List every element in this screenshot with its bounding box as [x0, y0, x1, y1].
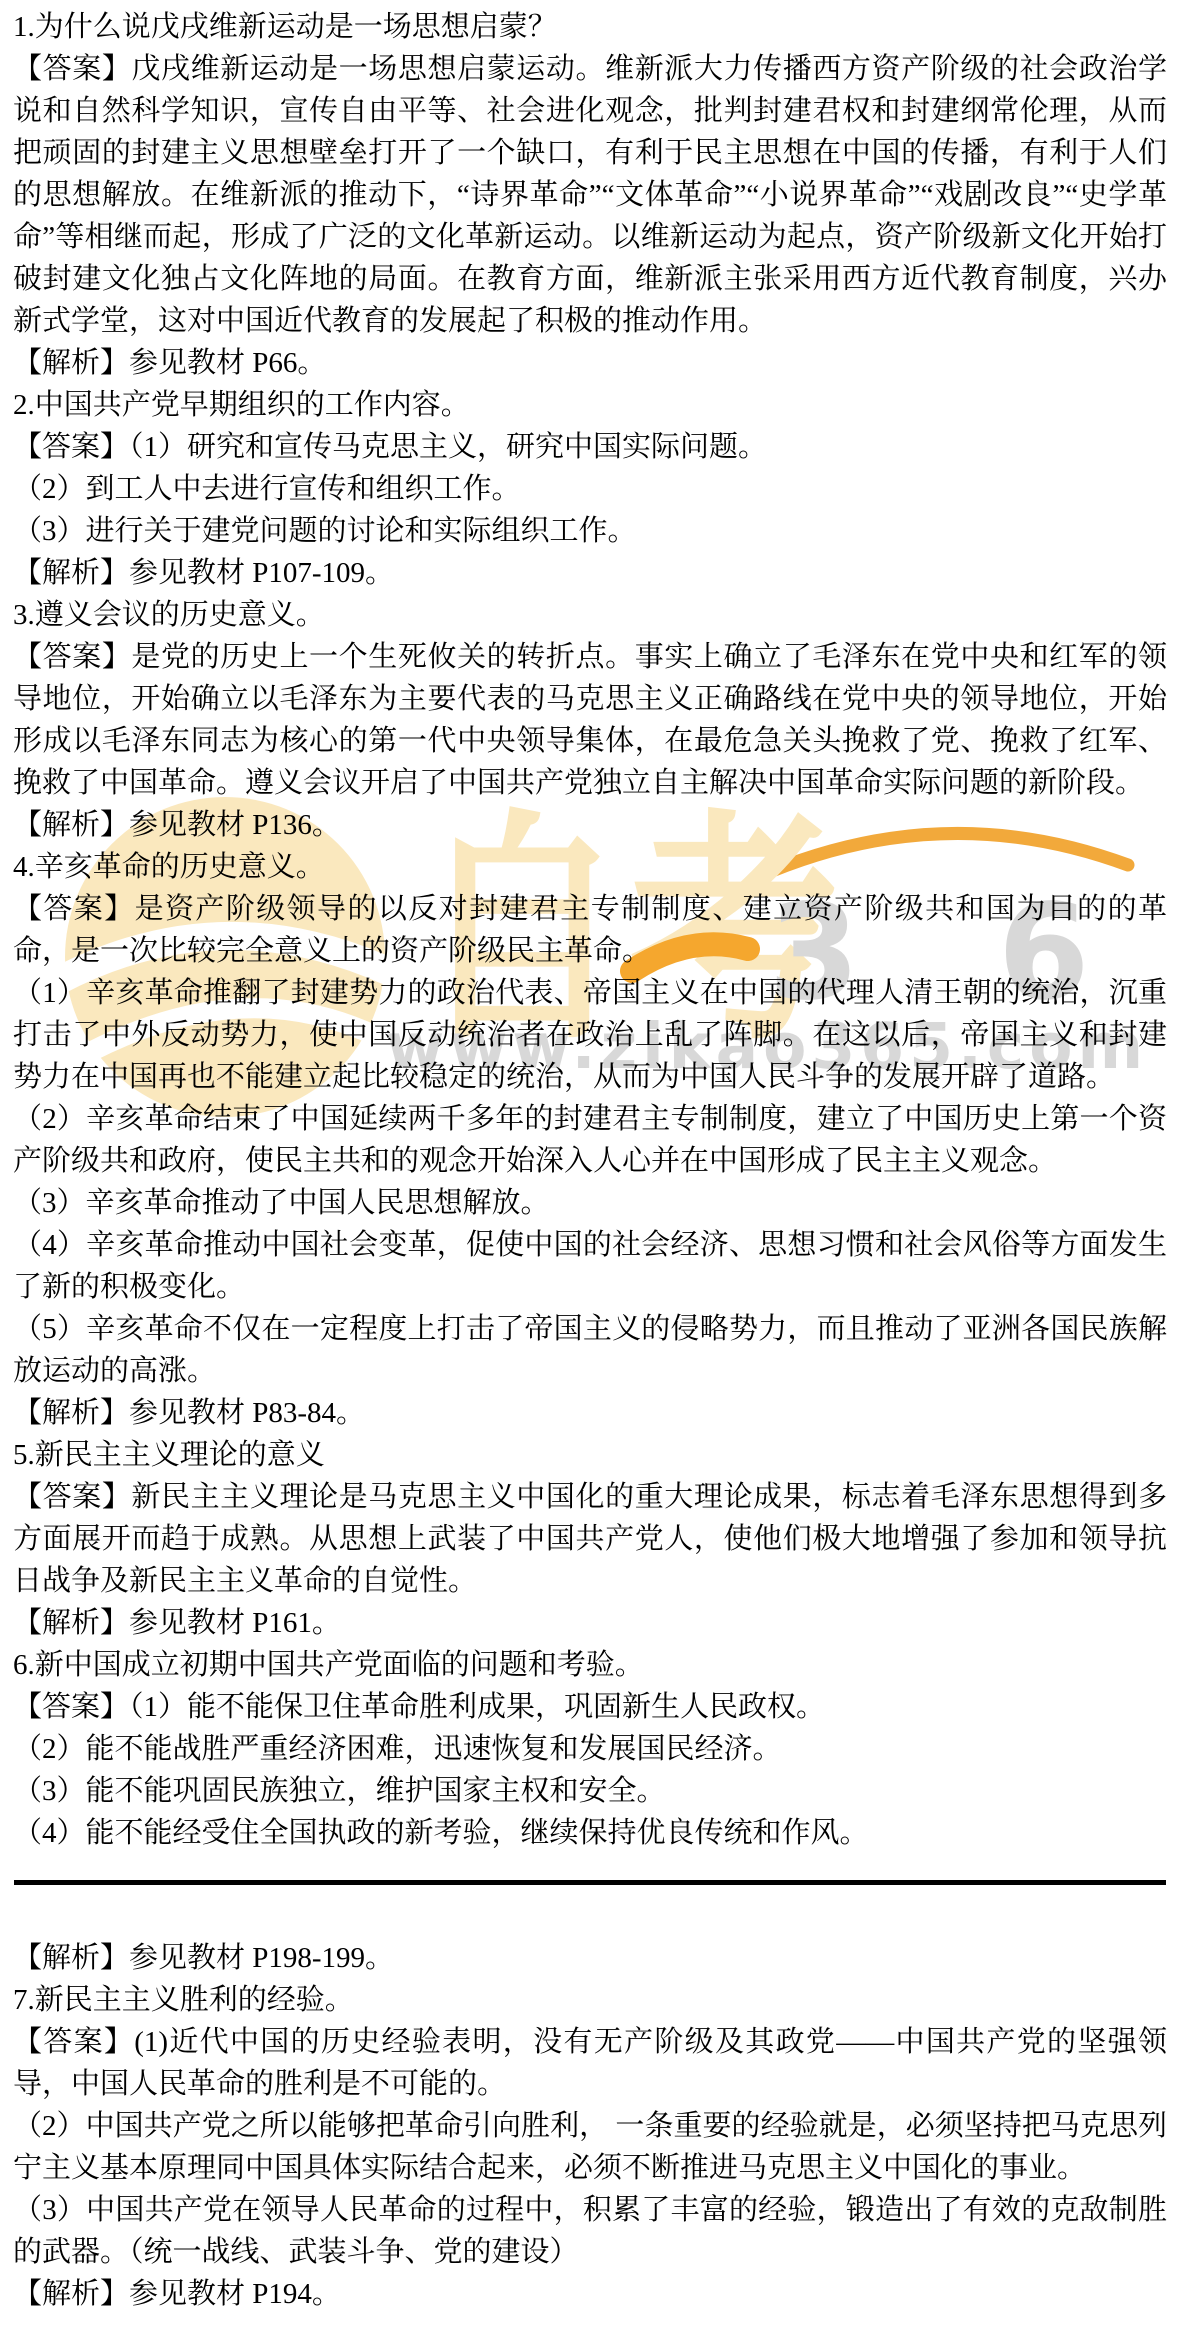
question-title: 7.新民主主义胜利的经验。 — [13, 1979, 1167, 2021]
answer-item: （4）辛亥革命推动中国社会变革，促使中国的社会经济、思想习惯和社会风俗等方面发生… — [13, 1224, 1167, 1308]
answer-item: （2）到工人中去进行宣传和组织工作。 — [13, 468, 1167, 510]
question-title: 6.新中国成立初期中国共产党面临的问题和考验。 — [13, 1644, 1167, 1686]
answer-item: （1）辛亥革命推翻了封建势力的政治代表、帝国主义在中国的代理人清王朝的统治，沉重… — [13, 972, 1167, 1098]
analysis-line: 【解析】参见教材 P83-84。 — [13, 1392, 1167, 1434]
answer-item: （5）辛亥革命不仅在一定程度上打击了帝国主义的侵略势力，而且推动了亚洲各国民族解… — [13, 1308, 1167, 1392]
answer-item: （3）辛亥革命推动了中国人民思想解放。 — [13, 1182, 1167, 1224]
answer-item: 【答案】(1)近代中国的历史经验表明，没有无产阶级及其政党——中国共产党的坚强领… — [13, 2021, 1167, 2105]
analysis-line: 【解析】参见教材 P198-199。 — [13, 1937, 1167, 1979]
answer-item: （3）中国共产党在领导人民革命的过程中，积累了丰富的经验，锻造出了有效的克敌制胜… — [13, 2189, 1167, 2273]
analysis-line: 【解析】参见教材 P107-109。 — [13, 552, 1167, 594]
question-title: 5.新民主主义理论的意义 — [13, 1434, 1167, 1476]
answer-item: 【答案】（1）能不能保卫住革命胜利成果，巩固新生人民政权。 — [13, 1686, 1167, 1728]
document-page: 自考 3 6 5 www.zikao365.com 1.为什么说戊戌维新运动是一… — [0, 0, 1180, 2331]
answer-paragraph: 【答案】戊戌维新运动是一场思想启蒙运动。维新派大力传播西方资产阶级的社会政治学说… — [13, 48, 1167, 342]
answer-item: （2）能不能战胜严重经济困难，迅速恢复和发展国民经济。 — [13, 1728, 1167, 1770]
question-title: 1.为什么说戊戌维新运动是一场思想启蒙？ — [13, 6, 1167, 48]
answer-paragraph: 【答案】是资产阶级领导的以反对封建君主专制制度、建立资产阶级共和国为目的的革命，… — [13, 888, 1167, 972]
analysis-line: 【解析】参见教材 P161。 — [13, 1602, 1167, 1644]
page-divider — [14, 1880, 1166, 1885]
question-title: 3.遵义会议的历史意义。 — [13, 594, 1167, 636]
analysis-line: 【解析】参见教材 P136。 — [13, 804, 1167, 846]
document-body: 1.为什么说戊戌维新运动是一场思想启蒙？【答案】戊戌维新运动是一场思想启蒙运动。… — [0, 0, 1180, 2315]
answer-paragraph: 【答案】是党的历史上一个生死攸关的转折点。事实上确立了毛泽东在党中央和红军的领导… — [13, 636, 1167, 804]
question-title: 4.辛亥革命的历史意义。 — [13, 846, 1167, 888]
answer-item: （3）能不能巩固民族独立，维护国家主权和安全。 — [13, 1770, 1167, 1812]
question-title: 2.中国共产党早期组织的工作内容。 — [13, 384, 1167, 426]
answer-item: （2）中国共产党之所以能够把革命引向胜利， 一条重要的经验就是，必须坚持把马克思… — [13, 2105, 1167, 2189]
analysis-line: 【解析】参见教材 P66。 — [13, 342, 1167, 384]
answer-paragraph: 【答案】新民主主义理论是马克思主义中国化的重大理论成果，标志着毛泽东思想得到多方… — [13, 1476, 1167, 1602]
analysis-line: 【解析】参见教材 P194。 — [13, 2273, 1167, 2315]
answer-item: （4）能不能经受住全国执政的新考验，继续保持优良传统和作风。 — [13, 1812, 1167, 1854]
answer-item: 【答案】（1）研究和宣传马克思主义，研究中国实际问题。 — [13, 426, 1167, 468]
answer-item: （3）进行关于建党问题的讨论和实际组织工作。 — [13, 510, 1167, 552]
answer-item: （2）辛亥革命结束了中国延续两千多年的封建君主专制制度，建立了中国历史上第一个资… — [13, 1098, 1167, 1182]
